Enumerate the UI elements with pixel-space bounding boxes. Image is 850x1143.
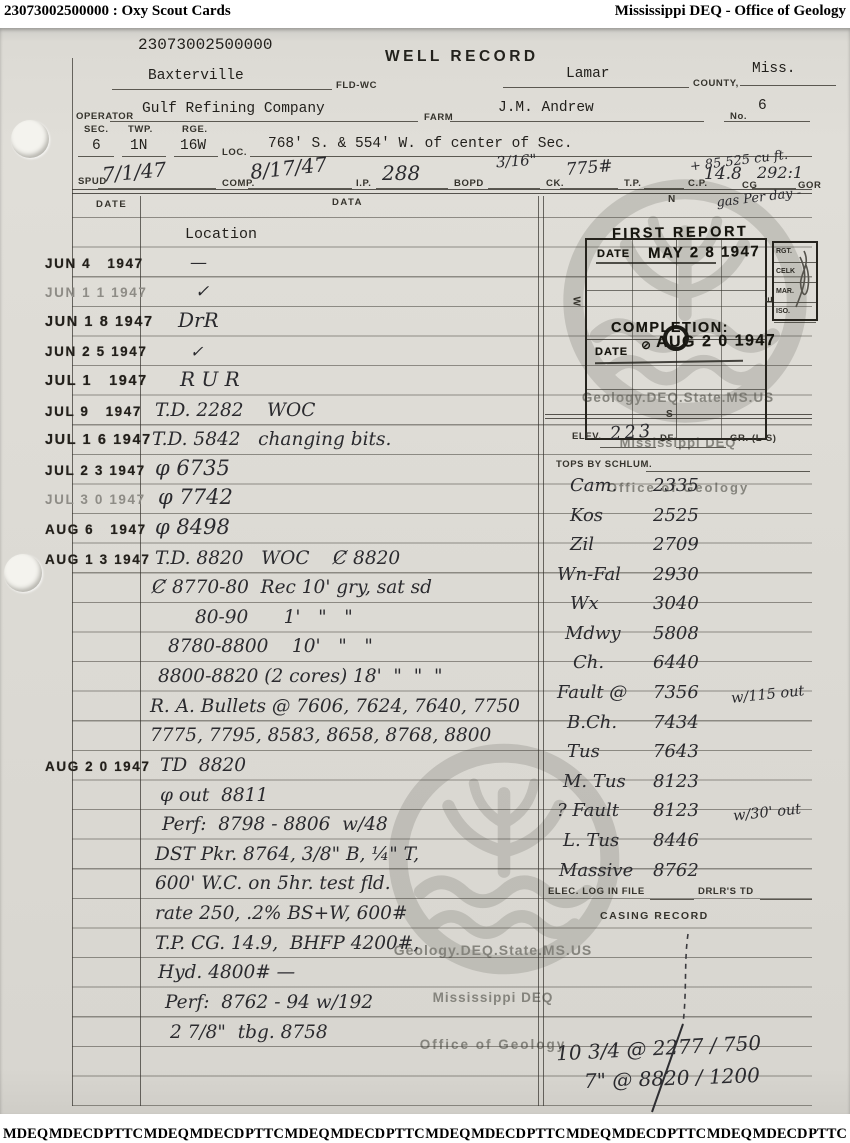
sec-value: 6 (92, 138, 101, 154)
operator-underline (110, 121, 418, 122)
log-row: AUG 1 3 1947T.D. 8820 WOC Ȼ 8820 (45, 543, 539, 572)
log-entry: φ 7742 (158, 485, 233, 509)
log-date-stamp: AUG 6 1947 (45, 522, 147, 537)
farm-label: FARM (424, 112, 453, 123)
spud-value: 7/1/47 (101, 157, 167, 187)
cp-value: 14.8 (704, 164, 742, 184)
footer-token: PTTC (667, 1126, 706, 1143)
loc-label: LOC. (222, 147, 247, 158)
completion-date-mark: ⊘ (641, 338, 651, 352)
first-report-date: MAY 2 8 1947 (648, 243, 761, 262)
state-value: Miss. (752, 61, 796, 77)
field-underline (112, 89, 332, 90)
tops-row: B.Ch.7434 (545, 706, 845, 736)
footer-token: PTTC (527, 1126, 566, 1143)
well-no-value: 6 (758, 98, 767, 114)
log-date-stamp: JUL 9 1947 (45, 404, 142, 419)
log-row: JUL 1 6 1947T.D. 5842 changing bits. (45, 424, 539, 453)
footer-token: MDEQ (285, 1126, 330, 1143)
elec-log-underline (650, 899, 694, 900)
viewer-footer: MDEQ MDECD PTTC MDEQ MDECD PTTC MDEQ MDE… (0, 1114, 850, 1143)
scanned-card: Geology.DEQ.State.MS.US Mississippi DEQ … (0, 28, 850, 1114)
log-date-stamp: JUN 2 5 1947 (45, 344, 148, 359)
log-row: 7775, 7795, 8583, 8658, 8768, 8800 (45, 720, 539, 749)
scout-card-viewer: { "viewer": { "title_left": "23073002500… (0, 0, 850, 1143)
log-row: JUN 4 1947— (45, 247, 539, 276)
comp-underline (248, 188, 352, 189)
tops-row: Wx3040 (545, 587, 845, 617)
log-row: JUN 1 1 1947✓ (45, 276, 539, 305)
log-entry: T.D. 8820 WOC Ȼ 8820 (155, 548, 400, 569)
footer-token: MDECD (753, 1126, 808, 1143)
log-date-stamp: JUL 3 0 1947 (45, 492, 146, 507)
viewer-title-right: Mississippi DEQ - Office of Geology (615, 3, 846, 20)
log-row: Perf: 8798 - 8806 w/48 (45, 809, 539, 838)
plat-south-label: S (666, 409, 673, 420)
formation-name: Zil (570, 534, 594, 555)
date-column-header: DATE (96, 199, 127, 210)
farm-underline (450, 121, 704, 122)
formation-depth: 2525 (653, 505, 699, 526)
formation-depth: 2930 (653, 564, 699, 585)
formation-name: L. Tus (563, 830, 619, 851)
log-entry: ✓ (195, 282, 209, 302)
well-id: 23073002500000 (138, 36, 272, 54)
formation-name: Wn-Fal (557, 564, 621, 585)
footer-token: PTTC (104, 1126, 143, 1143)
formation-name: Tus (567, 741, 600, 762)
routing-signature-squiggle (788, 247, 814, 315)
formation-name: Mdwy (565, 623, 621, 644)
field-name-value: Baxterville (148, 68, 244, 84)
viewer-topbar: 23073002500000 : Oxy Scout Cards Mississ… (0, 0, 850, 28)
log-row: AUG 2 0 1947TD 8820 (45, 750, 539, 779)
log-entry: ✓ (190, 342, 203, 361)
bopd-label: BOPD (454, 178, 484, 189)
formation-name: Fault @ (557, 682, 627, 703)
elev-label: ELEV. (572, 431, 602, 442)
log-entry: DST Pkr. 8764, 3/8" B, ¼" T, (155, 844, 419, 865)
log-entry: — (190, 253, 207, 273)
farm-value: J.M. Andrew (498, 100, 594, 116)
tops-row: Mdwy5808 (545, 617, 845, 647)
formation-depth: 2709 (653, 534, 699, 555)
rge-value: 16W (180, 138, 206, 154)
formation-depth: 7643 (653, 741, 699, 762)
log-row: AUG 6 1947φ 8498 (45, 513, 539, 542)
log-row: Ȼ 8770-80 Rec 10' gry, sat sd (45, 572, 539, 601)
data-column-header: DATA (332, 197, 363, 208)
tops-row: M. Tus8123 (545, 765, 845, 795)
log-row: R. A. Bullets @ 7606, 7624, 7640, 7750 (45, 691, 539, 720)
df-underline (676, 447, 726, 448)
log-entry: 600' W.C. on 5hr. test fld. (155, 873, 391, 894)
hole-punch (4, 554, 42, 592)
log-entry: Perf: 8798 - 8806 w/48 (162, 814, 388, 835)
gor-value: 292:1 (757, 163, 803, 182)
formation-depth: 7356 (653, 682, 699, 703)
log-entry: 8800-8820 (2 cores) 18' " " " (158, 666, 442, 687)
formation-depth: 5808 (653, 623, 699, 644)
tops-row: Fault @7356w/115 out (545, 676, 845, 706)
log-row: JUL 1 1947R U R (45, 365, 539, 394)
footer-token: MDEQ (707, 1126, 752, 1143)
log-row: rate 250, .2% BS+W, 600# (45, 898, 539, 927)
county-label: COUNTY, (693, 78, 739, 89)
tops-row: Wn-Fal2930 (545, 558, 845, 588)
routing-stamp-box: RGT. CELK MAR. ISO. (772, 241, 818, 321)
log-entry: Hyd. 4800# — (158, 962, 295, 983)
no-underline (724, 121, 810, 122)
log-row: 80-90 1' " " (45, 602, 539, 631)
tops-row: L. Tus8446 (545, 824, 845, 854)
log-date-stamp: JUL 1 1947 (45, 373, 148, 389)
gor-label: GOR (798, 180, 821, 191)
formation-name: B.Ch. (567, 712, 617, 733)
ip-value: 288 (382, 161, 420, 185)
formation-depth: 8446 (653, 830, 699, 851)
twp-label: TWP. (128, 124, 153, 135)
footer-token: MDEQ (144, 1126, 189, 1143)
plat-north-label: N (668, 194, 676, 205)
formation-name: Ch. (573, 652, 604, 673)
log-date-stamp: JUN 4 1947 (45, 256, 144, 271)
log-entry: φ 6735 (155, 456, 230, 480)
completion-date-label: DATE (595, 346, 628, 358)
completion-date: AUG 2 0 1947 (656, 332, 777, 352)
elec-log-label: ELEC. LOG IN FILE (548, 886, 645, 897)
formation-name: Cam. (570, 475, 617, 496)
rge-label: RGE. (182, 124, 208, 135)
log-entry: 8780-8800 10' " " (168, 636, 373, 657)
log-row: Hyd. 4800# — (45, 957, 539, 986)
log-row: 8800-8820 (2 cores) 18' " " " (45, 661, 539, 690)
tops-row: Tus7643 (545, 735, 845, 765)
log-entry: 2 7/8" tbg. 8758 (170, 1022, 328, 1043)
log-date-stamp: JUL 1 6 1947 (45, 432, 152, 448)
footer-token: MDECD (49, 1126, 104, 1143)
log-row: 600' W.C. on 5hr. test fld. (45, 868, 539, 897)
log-entry: φ out 8811 (160, 785, 268, 806)
elev-value: 223 (609, 421, 654, 445)
log-row: JUL 2 3 1947φ 6735 (45, 454, 539, 483)
loc-value: 768' S. & 554' W. of center of Sec. (268, 136, 573, 152)
log-entry: TD 8820 (160, 755, 246, 776)
choke-value: 3/16" (495, 151, 537, 172)
twp-value: 1N (130, 138, 147, 154)
formation-name: Massive (559, 860, 633, 881)
rge-underline (174, 156, 218, 157)
log-date-stamp: AUG 1 3 1947 (45, 552, 151, 567)
log-entry: Perf: 8762 - 94 w/192 (165, 992, 373, 1013)
county-underline (503, 87, 689, 88)
spud-underline (98, 188, 216, 189)
log-entry: T.D. 2282 WOC (155, 400, 315, 421)
log-date-stamp: JUN 1 1 1947 (45, 285, 148, 300)
log-entry: T.P. CG. 14.9, BHFP 4200#, (155, 933, 419, 954)
cg-label: CG (742, 180, 757, 191)
field-label: FLD-WC (336, 80, 377, 91)
footer-token: MDEQ (3, 1126, 48, 1143)
elev-df-label: DF (660, 433, 674, 444)
formation-name: Wx (570, 593, 599, 614)
footer-token: MDECD (330, 1126, 385, 1143)
formation-depth: 8123 (653, 771, 699, 792)
log-entry: Location (185, 226, 257, 243)
log-row: JUL 9 1947T.D. 2282 WOC (45, 395, 539, 424)
ip-label: I.P. (356, 178, 371, 189)
log-date-stamp: JUL 2 3 1947 (45, 463, 146, 478)
log-entry: 7775, 7795, 8583, 8658, 8768, 8800 (150, 725, 491, 746)
footer-token: PTTC (808, 1126, 847, 1143)
ip-underline (376, 188, 448, 189)
log-row: T.P. CG. 14.9, BHFP 4200#, (45, 928, 539, 957)
log-row: φ out 8811 (45, 780, 539, 809)
log-entry: 80-90 1' " " (195, 607, 353, 628)
plat-gridline (587, 389, 765, 390)
county-value: Lamar (566, 66, 610, 82)
tp-underline (644, 188, 684, 189)
drlrs-td-underline (760, 899, 812, 900)
footer-token: MDEQ (566, 1126, 611, 1143)
tops-row: Zil2709 (545, 528, 845, 558)
tops-row: ? Fault8123w/30' out (545, 794, 845, 824)
formation-depth: 8123 (653, 800, 699, 821)
log-entry: rate 250, .2% BS+W, 600# (155, 903, 407, 924)
formation-depth: 2335 (653, 475, 699, 496)
log-row: DST Pkr. 8764, 3/8" B, ¼" T, (45, 839, 539, 868)
choke-underline (488, 188, 540, 189)
tops-row: Massive8762 (545, 854, 845, 884)
log-entry: φ 8498 (155, 515, 230, 539)
formation-name: M. Tus (563, 771, 626, 792)
formation-note: w/30' out (732, 801, 802, 824)
tops-row: Kos2525 (545, 499, 845, 529)
log-row: Perf: 8762 - 94 w/192 (45, 987, 539, 1016)
viewer-title-left: 23073002500000 : Oxy Scout Cards (4, 3, 231, 20)
log-entry: R U R (180, 367, 240, 391)
log-row: JUN 1 8 1947DrR (45, 306, 539, 335)
elev-underline (600, 447, 656, 448)
footer-token: MDECD (471, 1126, 526, 1143)
card-title: WELL RECORD (385, 48, 539, 66)
log-row: 2 7/8" tbg. 8758 (45, 1017, 539, 1046)
column-divider-double (543, 196, 544, 1106)
log-row: JUL 3 0 1947φ 7742 (45, 483, 539, 512)
formation-name: Kos (570, 505, 603, 526)
tops-row: Cam.2335 (545, 469, 845, 499)
formation-name: ? Fault (557, 800, 619, 821)
footer-token: PTTC (245, 1126, 284, 1143)
footer-token: MDECD (190, 1126, 245, 1143)
log-row: JUN 2 5 1947✓ (45, 335, 539, 364)
first-report-underline (596, 262, 716, 264)
sec-label: SEC. (84, 124, 109, 135)
operator-value: Gulf Refining Company (142, 101, 325, 117)
log-entry: Ȼ 8770-80 Rec 10' gry, sat sd (152, 577, 432, 598)
pen-stroke (630, 928, 730, 1114)
log-entry: R. A. Bullets @ 7606, 7624, 7640, 7750 (150, 696, 520, 717)
tops-row: Ch.6440 (545, 646, 845, 676)
formation-depth: 7434 (653, 712, 699, 733)
first-report-stamp: FIRST REPORT (612, 224, 749, 242)
elev-gr-label: GR. (L-S) (730, 433, 777, 444)
first-report-date-label: DATE (597, 248, 630, 260)
formation-depth: 3040 (653, 593, 699, 614)
drlrs-td-label: DRLR'S TD (698, 886, 754, 897)
sec-underline (78, 156, 114, 157)
log-entry: T.D. 5842 changing bits. (152, 429, 391, 450)
formation-depth: 6440 (653, 652, 699, 673)
log-row: 8780-8800 10' " " (45, 631, 539, 660)
state-underline (740, 85, 836, 86)
log-date-stamp: AUG 2 0 1947 (45, 759, 151, 774)
plat-west-label: W (571, 296, 582, 306)
formation-note: w/115 out (730, 683, 805, 707)
formation-depth: 8762 (653, 860, 699, 881)
hole-punch (11, 120, 49, 158)
casing-record-label: CASING RECORD (600, 910, 709, 922)
footer-token: MDEQ (425, 1126, 470, 1143)
footer-token: MDECD (612, 1126, 667, 1143)
log-date-stamp: JUN 1 8 1947 (45, 314, 154, 330)
log-entry: DrR (178, 308, 219, 332)
tp-label: T.P. (624, 178, 642, 189)
plat-gridline (587, 290, 765, 291)
ck-value: 775# (565, 156, 613, 180)
ck-underline (560, 188, 618, 189)
footer-token: PTTC (386, 1126, 425, 1143)
log-row: Location (45, 217, 539, 246)
gor-underline (752, 188, 796, 189)
